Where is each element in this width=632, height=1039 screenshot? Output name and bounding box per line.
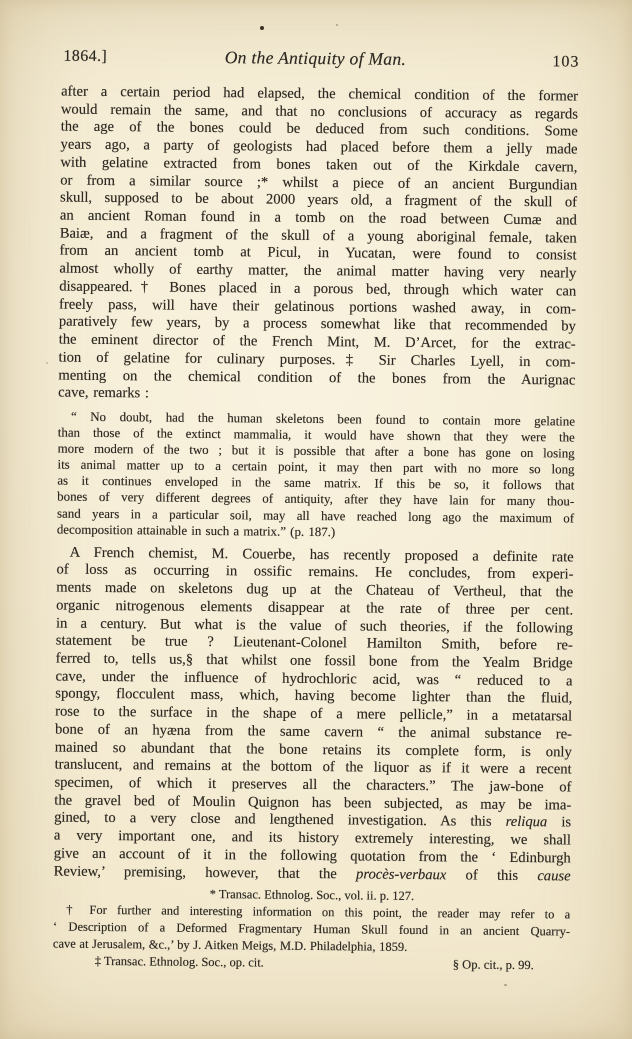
paragraph: A French chemist, M. Couerbe, has recent…: [54, 544, 574, 886]
footnote-section: § Op. cit., p. 99.: [453, 957, 534, 975]
page-content: 1864.] On the Antiquity of Man. 103 afte…: [0, 0, 632, 3]
footnote-row: ‡ Transac. Ethnolog. Soc., op. cit. § Op…: [53, 953, 570, 975]
ink-speck: [504, 984, 507, 986]
page-number: 103: [552, 53, 579, 71]
ink-speck: [46, 362, 48, 364]
text-body: after a certain period had elapsed, the …: [53, 84, 578, 975]
footnotes: * Transac. Ethnolog. Soc., vol. ii. p. 1…: [53, 885, 571, 975]
page-header: 1864.] On the Antiquity of Man. 103: [0, 45, 632, 77]
footnote-double-dagger: ‡ Transac. Ethnolog. Soc., op. cit.: [95, 953, 264, 972]
page-title: On the Antiquity of Man.: [0, 45, 632, 72]
ink-speck: [336, 24, 338, 26]
block-quote: “ No doubt, had the human skeletons been…: [57, 408, 575, 542]
ink-dot: [260, 26, 264, 30]
text-line: Review,’ premising, however, that the pr…: [54, 863, 571, 886]
paragraph: after a certain period had elapsed, the …: [58, 84, 578, 408]
scanned-page: 1864.] On the Antiquity of Man. 103 afte…: [0, 0, 632, 1039]
